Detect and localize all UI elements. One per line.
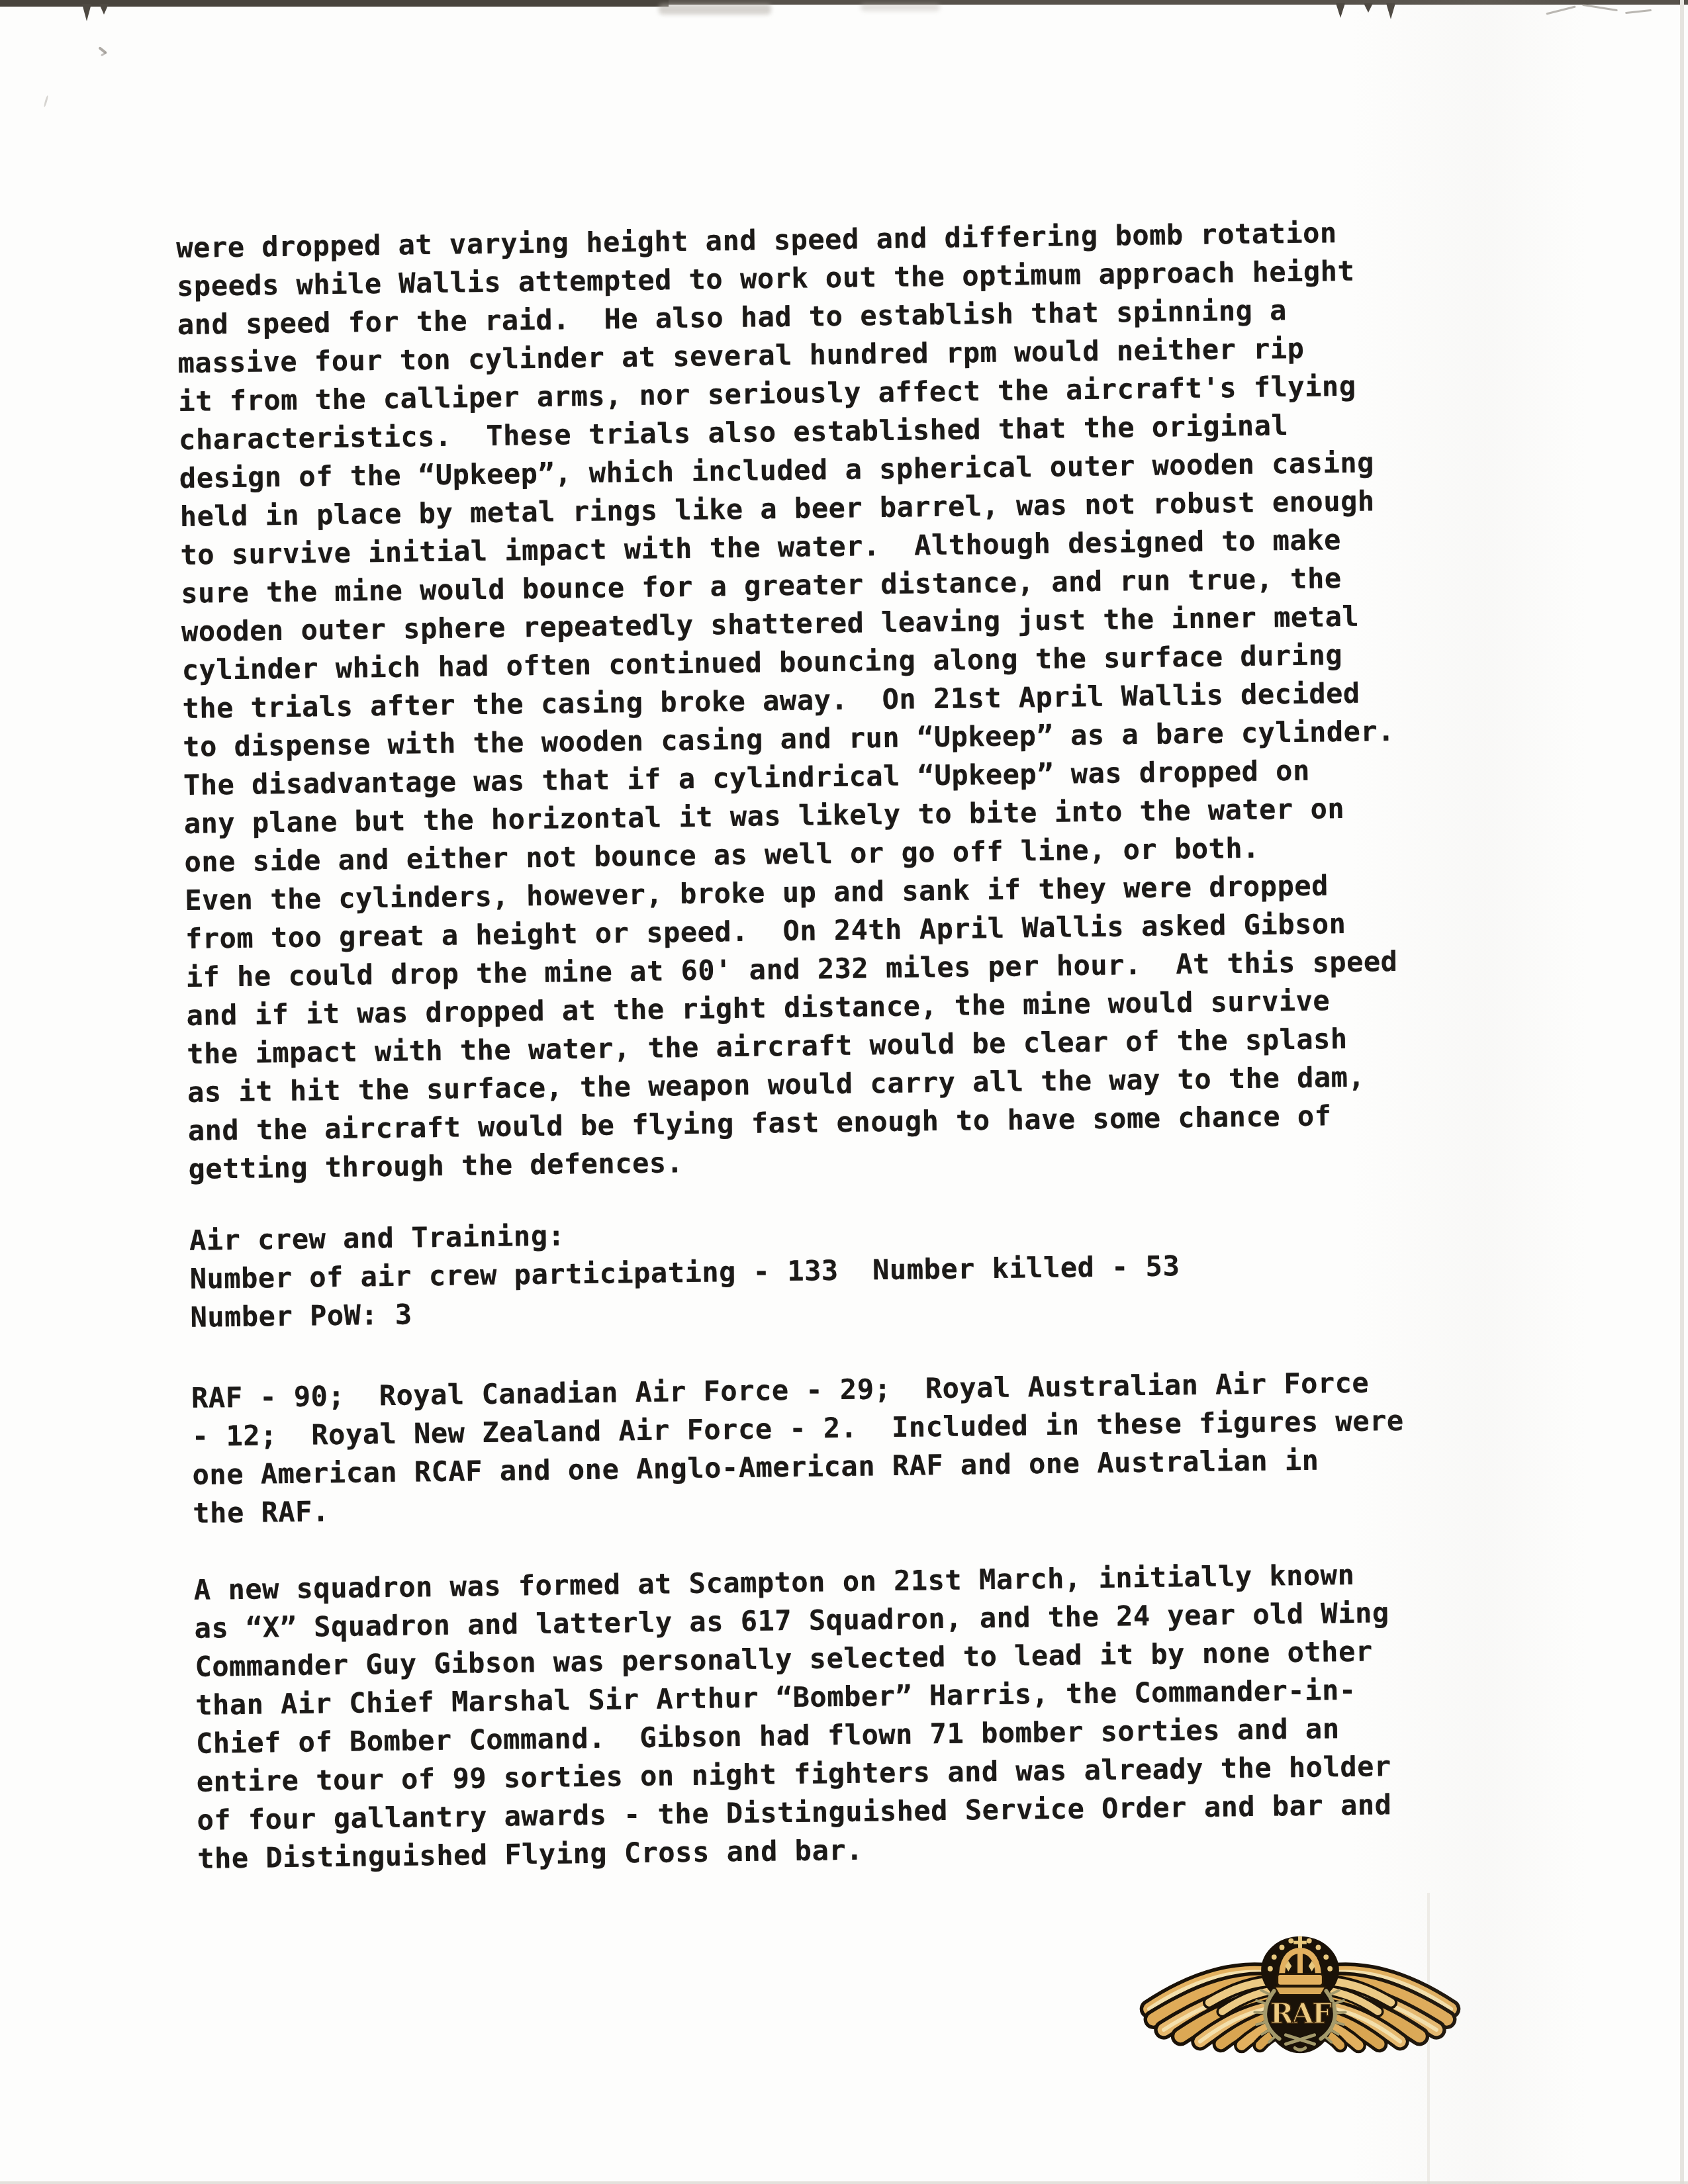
scan-fold-line xyxy=(1680,0,1684,2184)
scan-artifact-scribble xyxy=(1546,5,1575,15)
scan-artifact-scribble xyxy=(1582,4,1618,11)
paragraph-air-forces-breakdown: RAF - 90; Royal Canadian Air Force - 29;… xyxy=(191,1362,1504,1533)
section-aircrew-and-training: Air crew and Training:Number of air crew… xyxy=(189,1205,1501,1337)
pencil-mark xyxy=(101,52,107,57)
scan-bottom-edge xyxy=(0,2181,1688,2184)
scan-top-edge-artifact xyxy=(0,0,1688,26)
raf-monogram: RAF xyxy=(1270,1997,1332,2030)
pencil-mark xyxy=(44,95,49,107)
scan-artifact-jag xyxy=(99,4,109,15)
paragraph-617-squadron: A new squadron was formed at Scampton on… xyxy=(194,1554,1509,1878)
scan-artifact-smudge xyxy=(659,4,771,15)
scan-artifact-scribble xyxy=(1625,9,1652,14)
scan-artifact-smudge xyxy=(861,3,940,11)
scan-artifact-jag xyxy=(1336,3,1345,18)
document-text: were dropped at varying height and speed… xyxy=(176,212,1508,1878)
scanned-document-page: were dropped at varying height and speed… xyxy=(0,0,1688,2184)
paragraph-upkeep-trials: were dropped at varying height and speed… xyxy=(176,212,1499,1189)
scan-artifact-jag xyxy=(82,4,91,21)
raf-wings-badge: RAF xyxy=(1117,1927,1483,2064)
scan-artifact-jag xyxy=(1364,3,1373,13)
scan-artifact-jag xyxy=(1386,3,1395,19)
